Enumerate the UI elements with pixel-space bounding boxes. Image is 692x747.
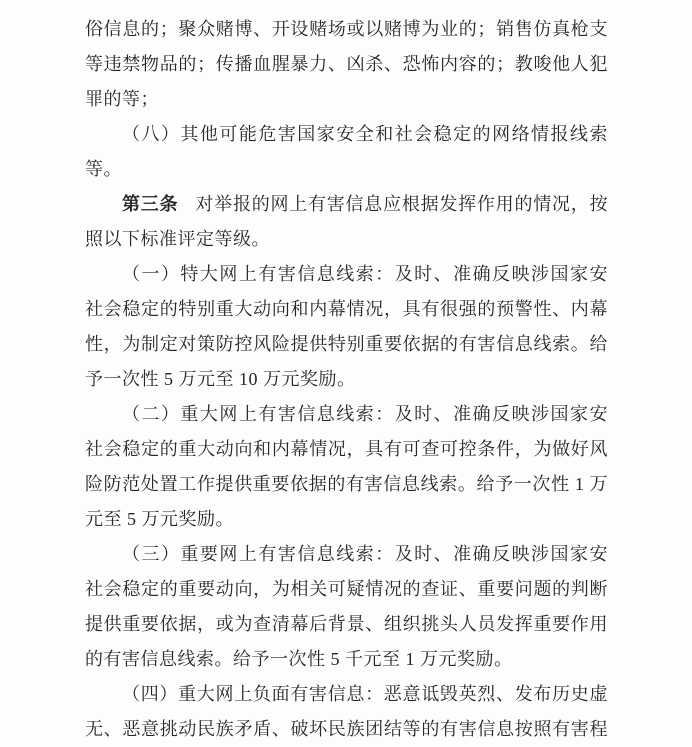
text-line: （四）重大网上负面有害信息：恶意诋毁英烈、发布历史虚 (85, 677, 608, 712)
text-line: （二）重大网上有害信息线索：及时、准确反映涉国家安全、 (85, 397, 608, 432)
text-line: 罪的等； (85, 82, 608, 117)
text-line: （八）其他可能危害国家安全和社会稳定的网络情报线索 (85, 117, 608, 152)
text-line: 照以下标准评定等级。 (85, 222, 608, 257)
text-line: 等违禁物品的；传播血腥暴力、凶杀、恐怖内容的；教唆他人犯 (85, 47, 608, 82)
text-line: （一）特大网上有害信息线索：及时、准确反映涉国家安全、 (85, 257, 608, 292)
text-line: 无、恶意挑动民族矛盾、破坏民族团结等的有害信息按照有害程 (85, 712, 608, 747)
text-line: 性，为制定对策防控风险提供特别重要依据的有害信息线索。给 (85, 327, 608, 362)
text-line: 社会稳定的重要动向，为相关可疑情况的查证、重要问题的判断 (85, 572, 608, 607)
text-line: 提供重要依据，或为查清幕后背景、组织挑头人员发挥重要作用 (85, 607, 608, 642)
text-line: 第三条对举报的网上有害信息应根据发挥作用的情况，按 (85, 187, 608, 222)
text-line: 的有害信息线索。给予一次性 5 千元至 1 万元奖励。 (85, 642, 608, 677)
text-block: 俗信息的；聚众赌博、开设赌场或以赌博为业的；销售仿真枪支等违禁物品的；传播血腥暴… (85, 12, 608, 747)
text-line: 予一次性 5 万元至 10 万元奖励。 (85, 362, 608, 397)
text-line: （三）重要网上有害信息线索：及时、准确反映涉国家安全、 (85, 537, 608, 572)
text-line: 社会稳定的重大动向和内幕情况，具有可查可控条件，为做好风 (85, 432, 608, 467)
text-line: 俗信息的；聚众赌博、开设赌场或以赌博为业的；销售仿真枪支 (85, 12, 608, 47)
text-line: 险防范处置工作提供重要依据的有害信息线索。给予一次性 1 万 (85, 467, 608, 502)
article-number-bold: 第三条 (122, 194, 178, 214)
document-page: 俗信息的；聚众赌博、开设赌场或以赌博为业的；销售仿真枪支等违禁物品的；传播血腥暴… (0, 0, 692, 747)
text-line: 元至 5 万元奖励。 (85, 502, 608, 537)
text-line: 等。 (85, 152, 608, 187)
text-line: 社会稳定的特别重大动向和内幕情况，具有很强的预警性、内幕 (85, 292, 608, 327)
